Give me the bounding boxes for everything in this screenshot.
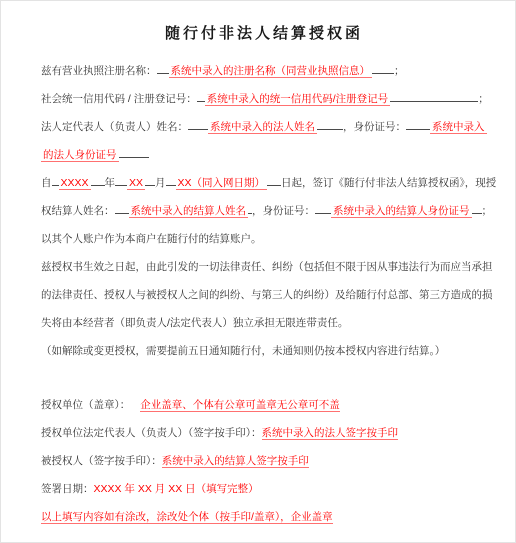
sign-date-value: XXXX 年 XX 月 XX 日（填写完整） <box>94 483 259 495</box>
settler-id-label: ，身份证号： <box>252 205 315 217</box>
rep-sign-note: 系统中录入的法人签字按手印 <box>262 427 399 440</box>
reg-name-label: 兹有营业执照注册名称： <box>41 65 157 77</box>
blank-underline <box>472 201 482 214</box>
section-spacer <box>41 365 487 391</box>
month-field: XX <box>127 177 145 190</box>
blank-underline <box>145 173 155 186</box>
date-prefix: 自 <box>41 177 52 189</box>
correction-note: 以上填写内容如有涂改，涂改处个体（按手印/盖章），企业盖章 <box>41 511 333 524</box>
cancel-note-line: （如解除或变更授权，需要提前五日通知随行付，未通知则仍按本授权内容进行结算。） <box>41 337 487 365</box>
legal-rep-id-label: ，身份证号： <box>343 121 406 133</box>
settler-id-field: 系统中录入的结算人身份证号 <box>331 205 472 218</box>
settler-suffix: ； <box>482 205 493 217</box>
liability-line-1: 兹授权书生效之日起，由此引发的一切法律责任、纠纷（包括但不限于因从事违法行为而应… <box>41 253 487 281</box>
month-unit: 月 <box>155 177 166 189</box>
liability-line-3: 失将由本经营者（即负责人/法定代表人）独立承担无限连带责任。 <box>41 309 487 337</box>
blank-underline <box>115 173 127 186</box>
blank-underline <box>52 173 59 186</box>
rep-sign-line: 授权单位法定代表人（负责人）（签字按手印）：系统中录入的法人签字按手印 <box>41 419 487 447</box>
credit-code-suffix: ； <box>478 93 489 105</box>
authorized-sign-line: 被授权人（签字按手印）：系统中录入的结算人签字按手印 <box>41 447 487 475</box>
blank-underline <box>157 61 169 74</box>
unit-seal-line: 授权单位（盖章）：企业盖章、个体有公章可盖章无公章可不盖 <box>41 391 487 419</box>
date-suffix: 日起，签订《随行付非法人结算授权函》，现授 <box>281 177 496 189</box>
settler-line: 权结算人姓名：系统中录入的结算人姓名，身份证号：系统中录入的结算人身份证号； <box>41 197 487 225</box>
legal-rep-id-wrap-line: 的法人身份证号 <box>41 141 487 169</box>
reg-name-suffix: ； <box>394 65 405 77</box>
reg-name-line: 兹有营业执照注册名称：系统中录入的注册名称（同营业执照信息）； <box>41 57 487 85</box>
day-field: XX（同入网日期） <box>176 177 268 190</box>
blank-underline <box>115 201 129 214</box>
legal-rep-line: 法人定代表人（负责人）姓名：系统中录入的法人姓名，身份证号：系统中录入 <box>41 113 487 141</box>
sign-date-line: 签署日期：XXXX 年 XX 月 XX 日（填写完整） <box>41 475 487 503</box>
credit-code-field: 系统中录入的统一信用代码/注册登记号 <box>205 93 390 106</box>
blank-underline <box>372 61 394 74</box>
blank-underline <box>197 89 205 102</box>
blank-underline <box>390 89 478 102</box>
authorized-sign-note: 系统中录入的结算人签字按手印 <box>162 455 309 468</box>
blank-underline <box>166 173 176 186</box>
blank-underline <box>317 117 343 130</box>
settler-label: 权结算人姓名： <box>41 205 115 217</box>
settler-name-field: 系统中录入的结算人姓名 <box>129 205 249 218</box>
legal-rep-label: 法人定代表人（负责人）姓名： <box>41 121 188 133</box>
legal-rep-name-field: 系统中录入的法人姓名 <box>208 121 317 134</box>
authorized-sign-label: 被授权人（签字按手印）： <box>41 455 162 467</box>
reg-name-field: 系统中录入的注册名称（同营业执照信息） <box>169 65 373 78</box>
rep-sign-label: 授权单位法定代表人（负责人）（签字按手印）： <box>41 427 262 439</box>
legal-rep-id-field-part1: 系统中录入 <box>430 121 487 134</box>
correction-note-line: 以上填写内容如有涂改，涂改处个体（按手印/盖章），企业盖章 <box>41 503 487 531</box>
unit-seal-note: 企业盖章、个体有公章可盖章无公章可不盖 <box>140 399 340 412</box>
sign-date-label: 签署日期： <box>41 483 94 495</box>
blank-underline <box>406 117 430 130</box>
liability-line-2: 的法律责任、授权人与被授权人之间的纠纷、与第三人的纠纷）及给随行付总部、第三方造… <box>41 281 487 309</box>
blank-underline <box>91 173 105 186</box>
authorization-letter-page: 随行付非法人结算授权函 兹有营业执照注册名称：系统中录入的注册名称（同营业执照信… <box>0 0 516 543</box>
blank-underline <box>188 117 208 130</box>
credit-code-line: 社会统一信用代码 / 注册登记号：系统中录入的统一信用代码/注册登记号； <box>41 85 487 113</box>
blank-underline <box>267 173 281 186</box>
account-note-line: 以其个人账户作为本商户在随行付的结算账户。 <box>41 225 487 253</box>
legal-rep-id-field-part2: 的法人身份证号 <box>41 149 119 162</box>
unit-seal-label: 授权单位（盖章）： <box>41 399 130 411</box>
blank-underline <box>119 145 149 158</box>
document-title: 随行付非法人结算授权函 <box>41 23 487 45</box>
blank-underline <box>315 201 331 214</box>
credit-code-label: 社会统一信用代码 / 注册登记号： <box>41 93 197 105</box>
year-field: XXXX <box>59 177 91 190</box>
year-unit: 年 <box>105 177 116 189</box>
start-date-line: 自XXXX年XX月XX（同入网日期）日起，签订《随行付非法人结算授权函》，现授 <box>41 169 487 197</box>
